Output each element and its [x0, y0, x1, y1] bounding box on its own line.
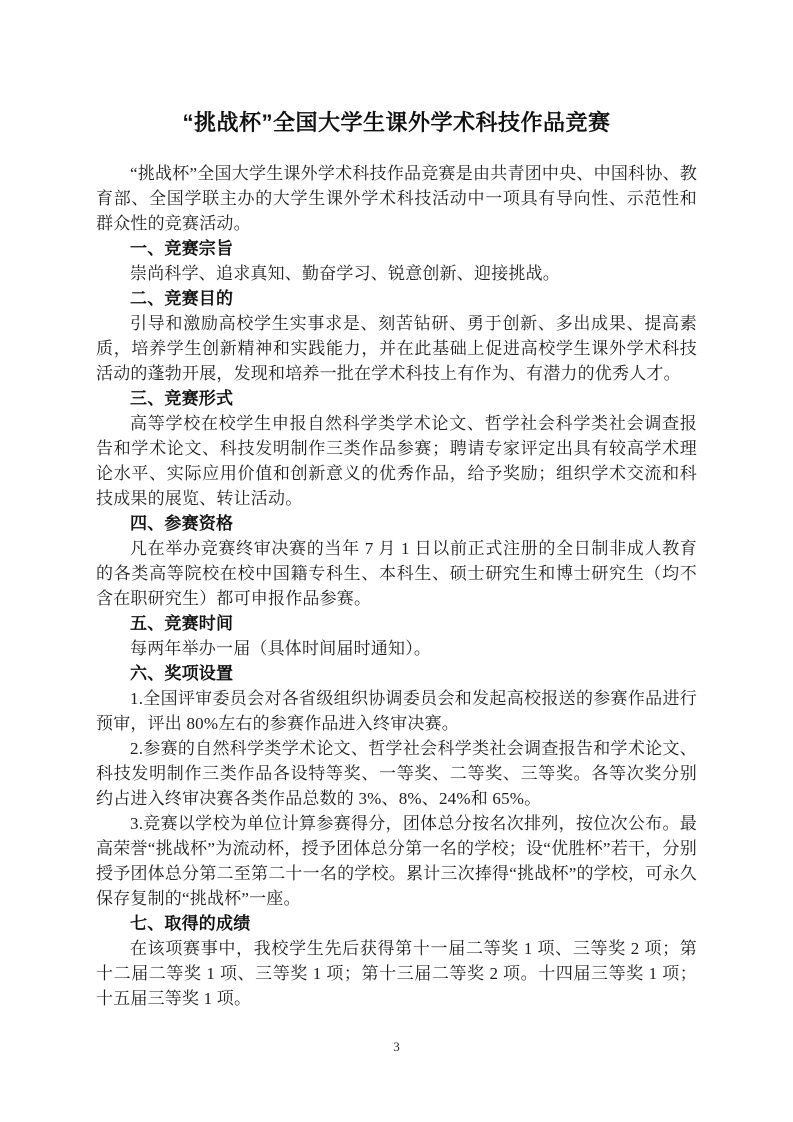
- page-title: “挑战杯”全国大学生课外学术科技作品竞赛: [96, 107, 697, 139]
- section-heading: 一、竞赛宗旨: [130, 236, 697, 261]
- page-number: 3: [0, 1038, 793, 1056]
- section-heading: 二、竞赛目的: [130, 286, 697, 311]
- paragraph: 在该项赛事中，我校学生先后获得第十一届二等奖 1 项、三等奖 2 项；第十二届二…: [96, 936, 697, 1011]
- paragraph: 崇尚科学、追求真知、勤奋学习、锐意创新、迎接挑战。: [96, 261, 697, 286]
- paragraph: 引导和激励高校学生实事求是、刻苦钻研、勇于创新、多出成果、提高素质，培养学生创新…: [96, 311, 697, 386]
- section-heading: 四、参赛资格: [130, 511, 697, 536]
- document-page: “挑战杯”全国大学生课外学术科技作品竞赛 “挑战杯”全国大学生课外学术科技作品竞…: [0, 0, 793, 1122]
- paragraph: 凡在举办竞赛终审决赛的当年 7 月 1 日以前正式注册的全日制非成人教育的各类高…: [96, 536, 697, 611]
- paragraph: 高等学校在校学生申报自然科学类学术论文、哲学社会科学类社会调查报告和学术论文、科…: [96, 411, 697, 511]
- section-heading: 六、奖项设置: [130, 661, 697, 686]
- section-heading: 七、取得的成绩: [130, 911, 697, 936]
- section-heading: 三、竞赛形式: [130, 386, 697, 411]
- paragraph: 1.全国评审委员会对各省级组织协调委员会和发起高校报送的参赛作品进行预审，评出 …: [96, 686, 697, 736]
- paragraph: 每两年举办一届（具体时间届时通知）。: [96, 636, 697, 661]
- paragraph: “挑战杯”全国大学生课外学术科技作品竞赛是由共青团中央、中国科协、教育部、全国学…: [96, 161, 697, 236]
- document-body: “挑战杯”全国大学生课外学术科技作品竞赛是由共青团中央、中国科协、教育部、全国学…: [96, 161, 697, 1011]
- section-heading: 五、竞赛时间: [130, 611, 697, 636]
- paragraph: 3.竞赛以学校为单位计算参赛得分，团体总分按名次排列，按位次公布。最高荣誉“挑战…: [96, 811, 697, 911]
- paragraph: 2.参赛的自然科学类学术论文、哲学社会科学类社会调查报告和学术论文、科技发明制作…: [96, 736, 697, 811]
